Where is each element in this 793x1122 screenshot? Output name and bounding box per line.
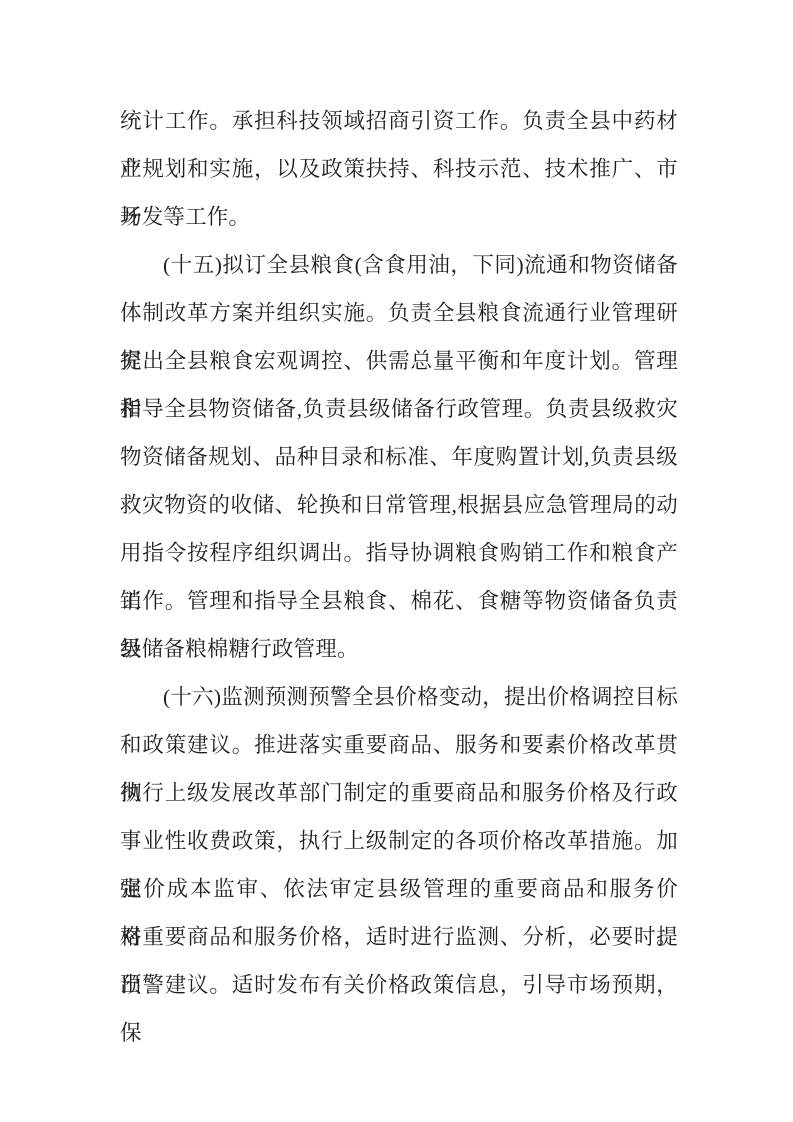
text-line: (十五)拟订全县粮食(含食用油，下同)流通和物资储备 (120, 241, 678, 289)
text-line: 级储备粮棉糖行政管理。 (120, 625, 678, 673)
text-line: 业规划和实施，以及政策扶持、科技示范、技术推广、市场 (120, 145, 678, 193)
paragraph-item-15: (十五)拟订全县粮食(含食用油，下同)流通和物资储备 体制改革方案并组织实施。负… (120, 241, 678, 673)
text-line: 统计工作。承担科技领域招商引资工作。负责全县中药材产 (120, 97, 678, 145)
text-line: 事业性收费政策，执行上级制定的各项价格改革措施。加强 (120, 817, 678, 865)
text-line: 和政策建议。推进落实重要商品、服务和要素价格改革贯彻 (120, 721, 678, 769)
text-line: 救灾物资的收储、轮换和日常管理,根据县应急管理局的动 (120, 481, 678, 529)
paragraph-continuation: 统计工作。承担科技领域招商引资工作。负责全县中药材产 业规划和实施，以及政策扶持… (120, 97, 678, 241)
text-line: 开发等工作。 (120, 193, 678, 241)
text-line: 定价成本监审、依法审定县级管理的重要商品和服务价格。 (120, 865, 678, 913)
text-line: 提出全县粮食宏观调控、供需总量平衡和年度计划。管理和 (120, 337, 678, 385)
text-line: 用指令按程序组织调出。指导协调粮食购销工作和粮食产销 (120, 529, 678, 577)
text-line: 执行上级发展改革部门制定的重要商品和服务价格及行政 (120, 769, 678, 817)
paragraph-item-16: (十六)监测预测预警全县价格变动，提出价格调控目标 和政策建议。推进落实重要商品… (120, 673, 678, 1009)
text-line: (十六)监测预测预警全县价格变动，提出价格调控目标 (120, 673, 678, 721)
text-line: 对重要商品和服务价格，适时进行监测、分析，必要时提出 (120, 913, 678, 961)
document-page: 统计工作。承担科技领域招商引资工作。负责全县中药材产 业规划和实施，以及政策扶持… (0, 0, 793, 1122)
text-line: 预警建议。适时发布有关价格政策信息，引导市场预期，保 (120, 961, 678, 1009)
text-line: 指导全县物资储备,负责县级储备行政管理。负责县级救灾 (120, 385, 678, 433)
text-line: 工作。管理和指导全县粮食、棉花、食糖等物资储备负责县 (120, 577, 678, 625)
text-line: 体制改革方案并组织实施。负责全县粮食流通行业管理研究 (120, 289, 678, 337)
text-line: 物资储备规划、品种目录和标准、年度购置计划,负责县级 (120, 433, 678, 481)
